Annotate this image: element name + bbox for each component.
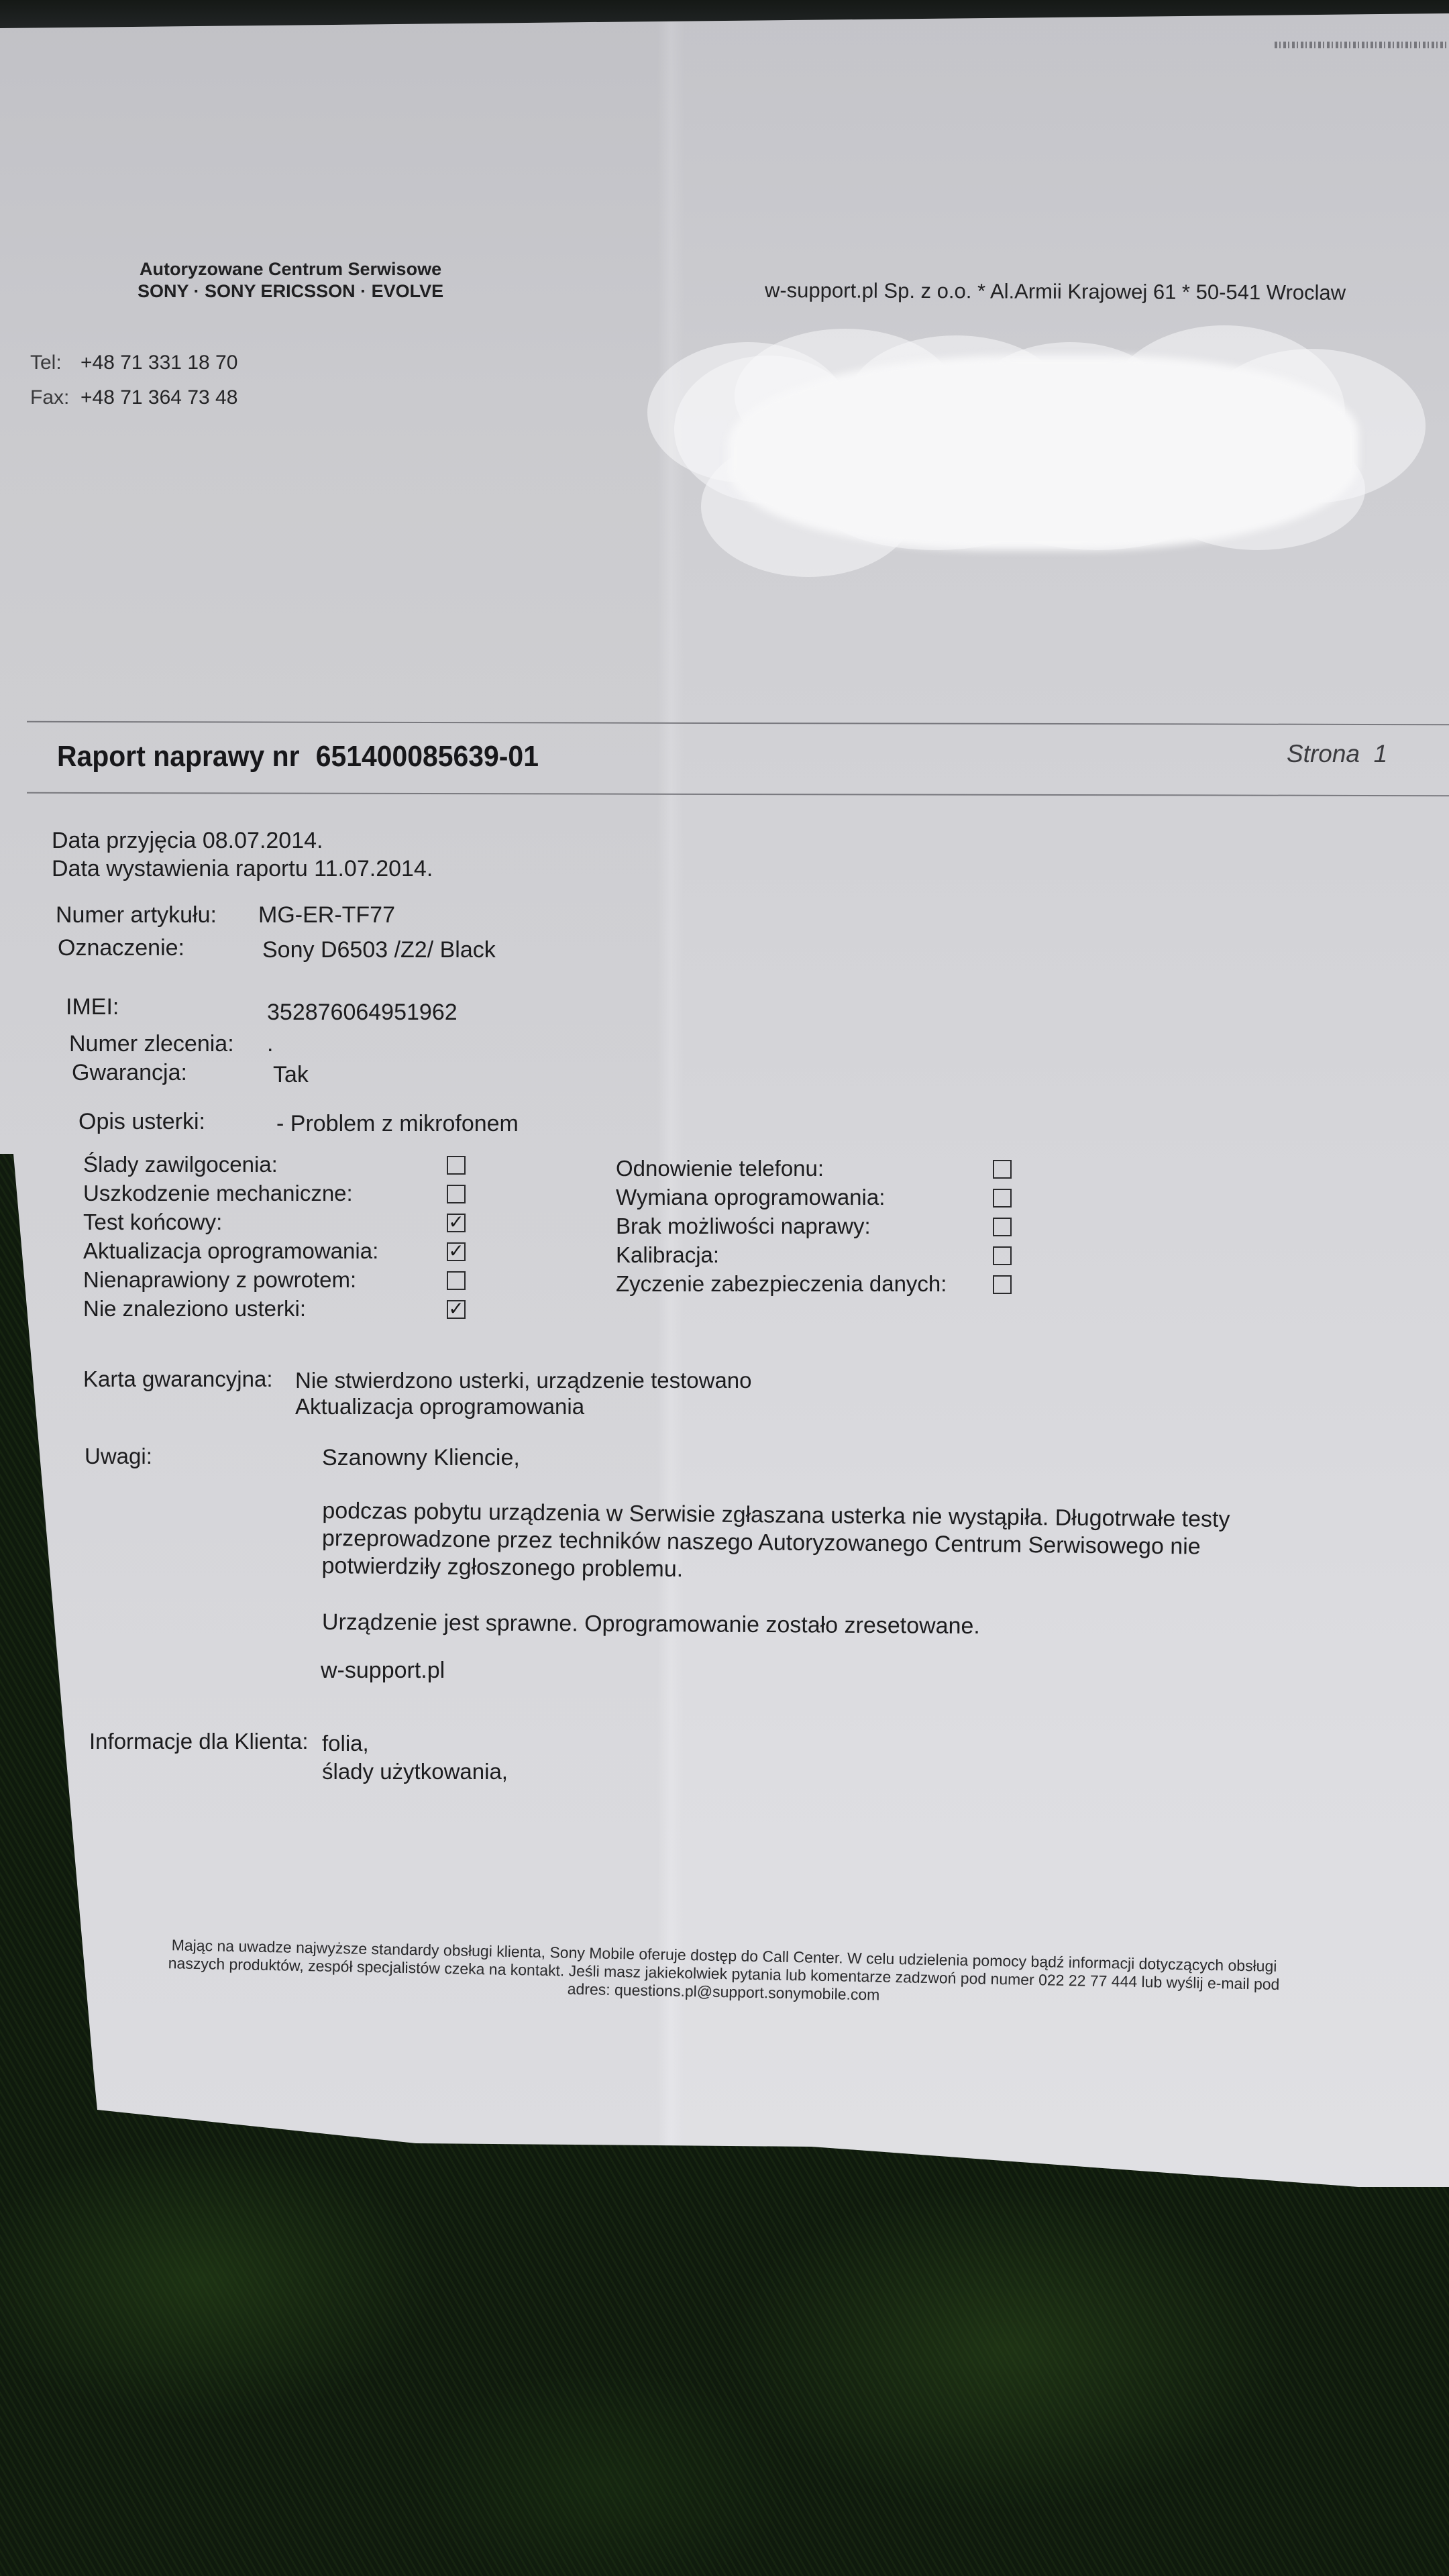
checklist-item-label: Aktualizacja oprogramowania: [83,1238,378,1263]
checklist-item-label: Odnowienie telefonu: [616,1156,824,1181]
checklist-item: Ślady zawilgocenia: [83,1150,472,1179]
page-indicator: Strona 1 [1287,740,1387,768]
fault-label: Opis usterki: [78,1109,205,1135]
client-info-line-2: ślady użytkowania, [322,1759,508,1784]
checklist-item: Aktualizacja oprogramowania:✓ [83,1236,472,1265]
checklist-item-label: Kalibracja: [616,1242,719,1267]
contact-block: Tel:+48 71 331 18 70 Fax:+48 71 364 73 4… [30,345,237,415]
checklist-item: Nie znaleziono usterki:✓ [83,1294,472,1323]
remarks-label: Uwagi: [85,1444,152,1469]
empty-checkbox-icon [447,1185,466,1203]
dates-block: Data przyjęcia 08.07.2014. Data wystawie… [52,826,433,883]
checklist-item: Wymiana oprogramowania: [616,1183,1018,1212]
empty-checkbox-icon [993,1160,1012,1179]
checklist-left: Ślady zawilgocenia:Uszkodzenie mechanicz… [83,1150,472,1323]
checklist-item: Kalibracja: [616,1240,1018,1269]
fax-label: Fax: [30,380,80,415]
tel-value: +48 71 331 18 70 [80,352,237,374]
warranty-card-label: Karta gwarancyjna: [83,1366,272,1392]
empty-checkbox-icon [993,1218,1012,1236]
client-info-label: Informacje dla Klienta: [89,1729,309,1754]
designation-row: Oznaczenie: Sony D6503 /Z2/ Black [58,935,184,961]
checklist-item-label: Wymiana oprogramowania: [616,1185,885,1210]
checklist-item-label: Uszkodzenie mechaniczne: [83,1181,353,1205]
tel-label: Tel: [30,345,80,380]
article-row: Numer artykułu: MG-ER-TF77 [56,902,217,928]
order-row: Numer zlecenia: . [69,1031,234,1057]
company-line-2: SONY · SONY ERICSSON · EVOLVE [138,280,443,303]
checked-checkbox-icon: ✓ [447,1214,466,1232]
checklist-item-label: Brak możliwości naprawy: [616,1214,871,1238]
checklist-item: Odnowienie telefonu: [616,1154,1018,1183]
article-label: Numer artykułu: [56,902,217,928]
date-issued: Data wystawienia raportu 11.07.2014. [52,855,433,883]
top-print-strip [1275,42,1449,48]
checklist-item-label: Ślady zawilgocenia: [83,1152,278,1177]
imei-row: IMEI: 352876064951962 [66,994,119,1020]
fax-row: Fax:+48 71 364 73 48 [30,380,237,415]
fault-value: - Problem z mikrofonem [276,1111,519,1137]
warranty-value: Tak [273,1062,309,1088]
fax-value: +48 71 364 73 48 [80,386,237,409]
checklist-item-label: Nie znaleziono usterki: [83,1296,306,1321]
report-title: Raport naprawy nr651400085639-01 [57,740,539,773]
checked-checkbox-icon: ✓ [447,1242,466,1261]
remarks-greeting: Szanowny Kliencie, [322,1444,520,1472]
page-number: 1 [1374,740,1388,767]
checklist-right: Odnowienie telefonu:Wymiana oprogramowan… [616,1154,1018,1298]
company-line-1: Autoryzowane Centrum Serwisowe [138,258,443,280]
date-received: Data przyjęcia 08.07.2014. [52,826,433,855]
remarks-paragraph: podczas pobytu urządzenia w Serwisie zgł… [321,1497,1230,1589]
company-block: Autoryzowane Centrum Serwisowe SONY · SO… [138,258,443,303]
warranty-label: Gwarancja: [72,1060,187,1086]
checklist-item-label: Test końcowy: [83,1210,222,1234]
order-label: Numer zlecenia: [69,1031,234,1057]
warranty-row: Gwarancja: Tak [72,1060,187,1086]
redacted-recipient-block [647,329,1426,577]
checked-checkbox-icon: ✓ [447,1300,466,1319]
empty-checkbox-icon [447,1271,466,1290]
remarks-status: Urządzenie jest sprawne. Oprogramowanie … [322,1609,980,1640]
designation-value: Sony D6503 /Z2/ Black [262,937,496,963]
order-value: . [267,1031,273,1057]
designation-label: Oznaczenie: [58,935,184,961]
report-number: 651400085639-01 [316,740,539,773]
empty-checkbox-icon [993,1189,1012,1207]
empty-checkbox-icon [993,1246,1012,1265]
checklist-item-label: Zyczenie zabezpieczenia danych: [616,1271,947,1296]
article-value: MG-ER-TF77 [258,902,395,928]
warranty-card-line-1: Nie stwierdzono usterki, urządzenie test… [295,1368,752,1393]
imei-value: 352876064951962 [267,1000,458,1026]
checklist-item: Nienaprawiony z powrotem: [83,1265,472,1294]
imei-label: IMEI: [66,994,119,1020]
page-label: Strona [1287,740,1360,767]
checklist-item-label: Nienaprawiony z powrotem: [83,1267,356,1292]
tel-row: Tel:+48 71 331 18 70 [30,345,237,380]
report-title-label: Raport naprawy nr [57,740,300,773]
empty-checkbox-icon [447,1156,466,1175]
checklist-item: Zyczenie zabezpieczenia danych: [616,1269,1018,1298]
fault-row: Opis usterki: - Problem z mikrofonem [78,1109,205,1135]
checklist-item: Uszkodzenie mechaniczne: [83,1179,472,1207]
warranty-card-line-2: Aktualizacja oprogramowania [295,1394,584,1419]
company-address: w-support.pl Sp. z o.o. * Al.Armii Krajo… [765,278,1346,305]
checklist-item: Brak możliwości naprawy: [616,1212,1018,1240]
remarks-signature: w-support.pl [321,1657,445,1684]
client-info-line-1: folia, [322,1731,369,1756]
checklist-item: Test końcowy:✓ [83,1207,472,1236]
empty-checkbox-icon [993,1275,1012,1294]
